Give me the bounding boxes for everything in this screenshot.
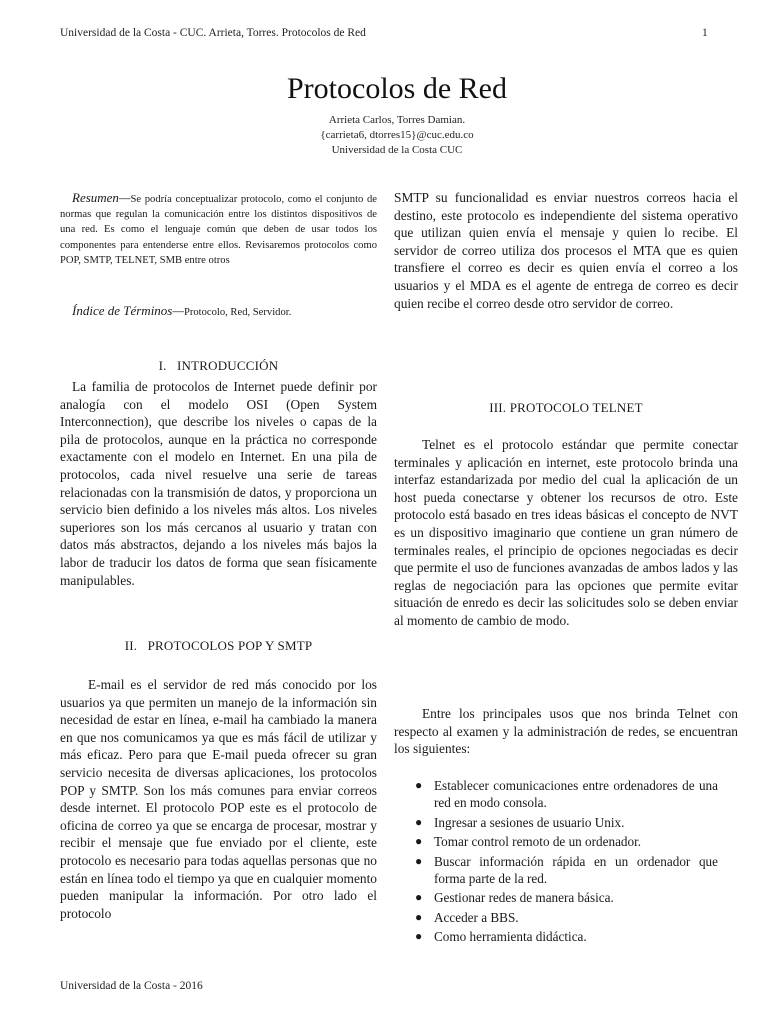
author-names: Arrieta Carlos, Torres Damian. bbox=[0, 113, 768, 128]
section-telnet-body: Telnet es el protocolo estándar que perm… bbox=[394, 436, 738, 630]
list-item: ●Ingresar a sesiones de usuario Unix. bbox=[412, 814, 718, 831]
section-pop-smtp-body: E-mail es el servidor de red más conocid… bbox=[60, 676, 377, 922]
author-emails: {carrieta6, dtorres15}@cuc.edu.co bbox=[0, 128, 768, 143]
list-item: ●Como herramienta didáctica. bbox=[412, 928, 718, 945]
paragraph: E-mail es el servidor de red más conocid… bbox=[60, 676, 377, 922]
index-terms-label: Índice de Términos bbox=[72, 303, 172, 318]
list-item: ●Tomar control remoto de un ordenador. bbox=[412, 833, 718, 850]
bullet-icon: ● bbox=[415, 814, 422, 831]
author-affiliation: Universidad de la Costa CUC bbox=[0, 143, 768, 158]
section-telnet-uses-intro: Entre los principales usos que nos brind… bbox=[394, 705, 738, 758]
telnet-uses-list: ●Establecer comunicaciones entre ordenad… bbox=[412, 777, 718, 948]
bullet-icon: ● bbox=[415, 777, 422, 794]
paragraph: La familia de protocolos de Internet pue… bbox=[60, 378, 377, 589]
index-terms-dash: — bbox=[172, 303, 184, 318]
author-block: Arrieta Carlos, Torres Damian. {carrieta… bbox=[0, 113, 768, 158]
paragraph: SMTP su funcionalidad es enviar nuestros… bbox=[394, 189, 738, 312]
index-terms-text: Protocolo, Red, Servidor. bbox=[184, 307, 291, 318]
running-head: Universidad de la Costa - CUC. Arrieta, … bbox=[60, 27, 366, 39]
index-terms: Índice de Términos—Protocolo, Red, Servi… bbox=[60, 303, 377, 320]
page-number: 1 bbox=[702, 27, 708, 39]
list-item: ●Establecer comunicaciones entre ordenad… bbox=[412, 777, 718, 812]
section-introduccion-body: La familia de protocolos de Internet pue… bbox=[60, 378, 377, 589]
section-heading-pop-smtp: II. PROTOCOLOS POP Y SMTP bbox=[60, 637, 377, 655]
paragraph: Telnet es el protocolo estándar que perm… bbox=[394, 436, 738, 630]
list-item: ●Buscar información rápida en un ordenad… bbox=[412, 853, 718, 888]
section-heading-introduccion: I. INTRODUCCIÓN bbox=[60, 357, 377, 375]
paper-title: Protocolos de Red bbox=[0, 72, 768, 106]
bullet-icon: ● bbox=[415, 833, 422, 850]
abstract-dash: — bbox=[119, 190, 131, 205]
bullet-icon: ● bbox=[415, 909, 422, 926]
list-item: ●Gestionar redes de manera básica. bbox=[412, 889, 718, 906]
bullet-icon: ● bbox=[415, 889, 422, 906]
list-item: ●Acceder a BBS. bbox=[412, 909, 718, 926]
paragraph: Entre los principales usos que nos brind… bbox=[394, 705, 738, 758]
abstract: Resumen—Se podría conceptualizar protoco… bbox=[60, 190, 377, 268]
abstract-label: Resumen bbox=[72, 190, 119, 205]
section-heading-telnet: III. PROTOCOLO TELNET bbox=[394, 399, 738, 417]
page-footer: Universidad de la Costa - 2016 bbox=[60, 980, 203, 992]
section-pop-smtp-continued: SMTP su funcionalidad es enviar nuestros… bbox=[394, 189, 738, 312]
bullet-icon: ● bbox=[415, 853, 422, 870]
bullet-icon: ● bbox=[415, 928, 422, 945]
